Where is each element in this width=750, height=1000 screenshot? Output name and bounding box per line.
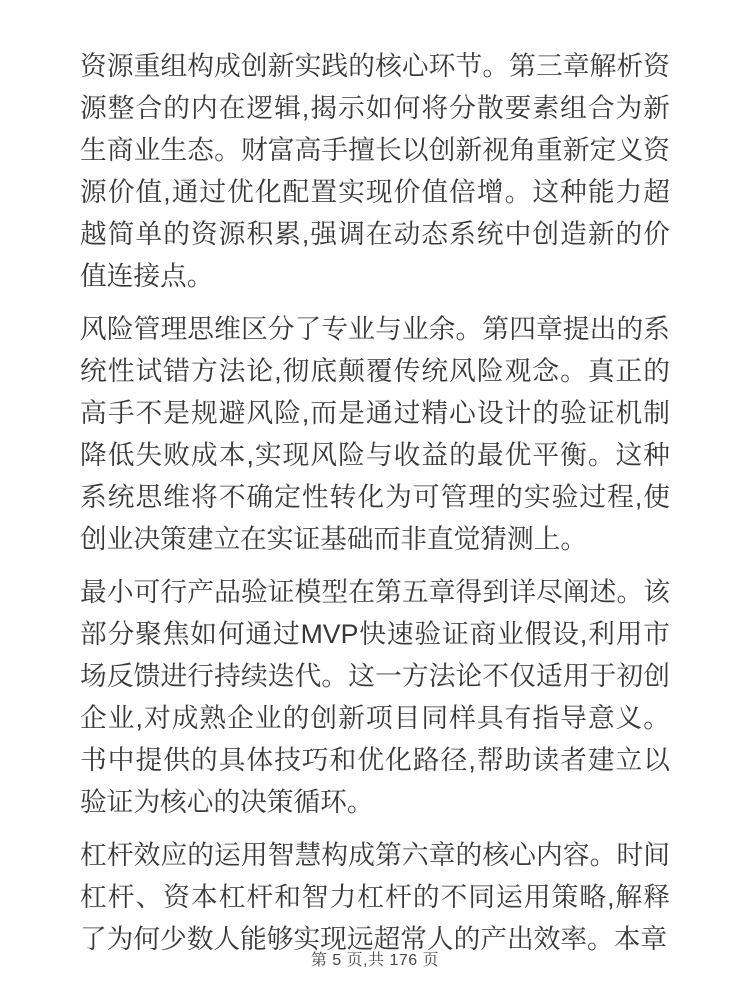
page-text-content: 资源重组构成创新实践的核心环节。第三章解析资源整合的内在逻辑,揭示如何将分散要素… — [0, 0, 750, 960]
paragraph-risk-management: 风险管理思维区分了专业与业余。第四章提出的系统性试错方法论,彻底颠覆传统风险观念… — [80, 308, 670, 560]
paragraph-resource-recombination: 资源重组构成创新实践的核心环节。第三章解析资源整合的内在逻辑,揭示如何将分散要素… — [80, 45, 670, 297]
page-footer: 第 5 页,共 176 页 — [0, 947, 750, 970]
paragraph-leverage-effect: 杠杆效应的运用智慧构成第六章的核心内容。时间杠杆、资本杠杆和智力杠杆的不同运用策… — [80, 834, 670, 960]
reader-page: 资源重组构成创新实践的核心环节。第三章解析资源整合的内在逻辑,揭示如何将分散要素… — [0, 0, 750, 1000]
paragraph-mvp-validation: 最小可行产品验证模型在第五章得到详尽阐述。该部分聚焦如何通过MVP快速验证商业假… — [80, 571, 670, 823]
page-indicator: 第 5 页,共 176 页 — [311, 952, 439, 969]
